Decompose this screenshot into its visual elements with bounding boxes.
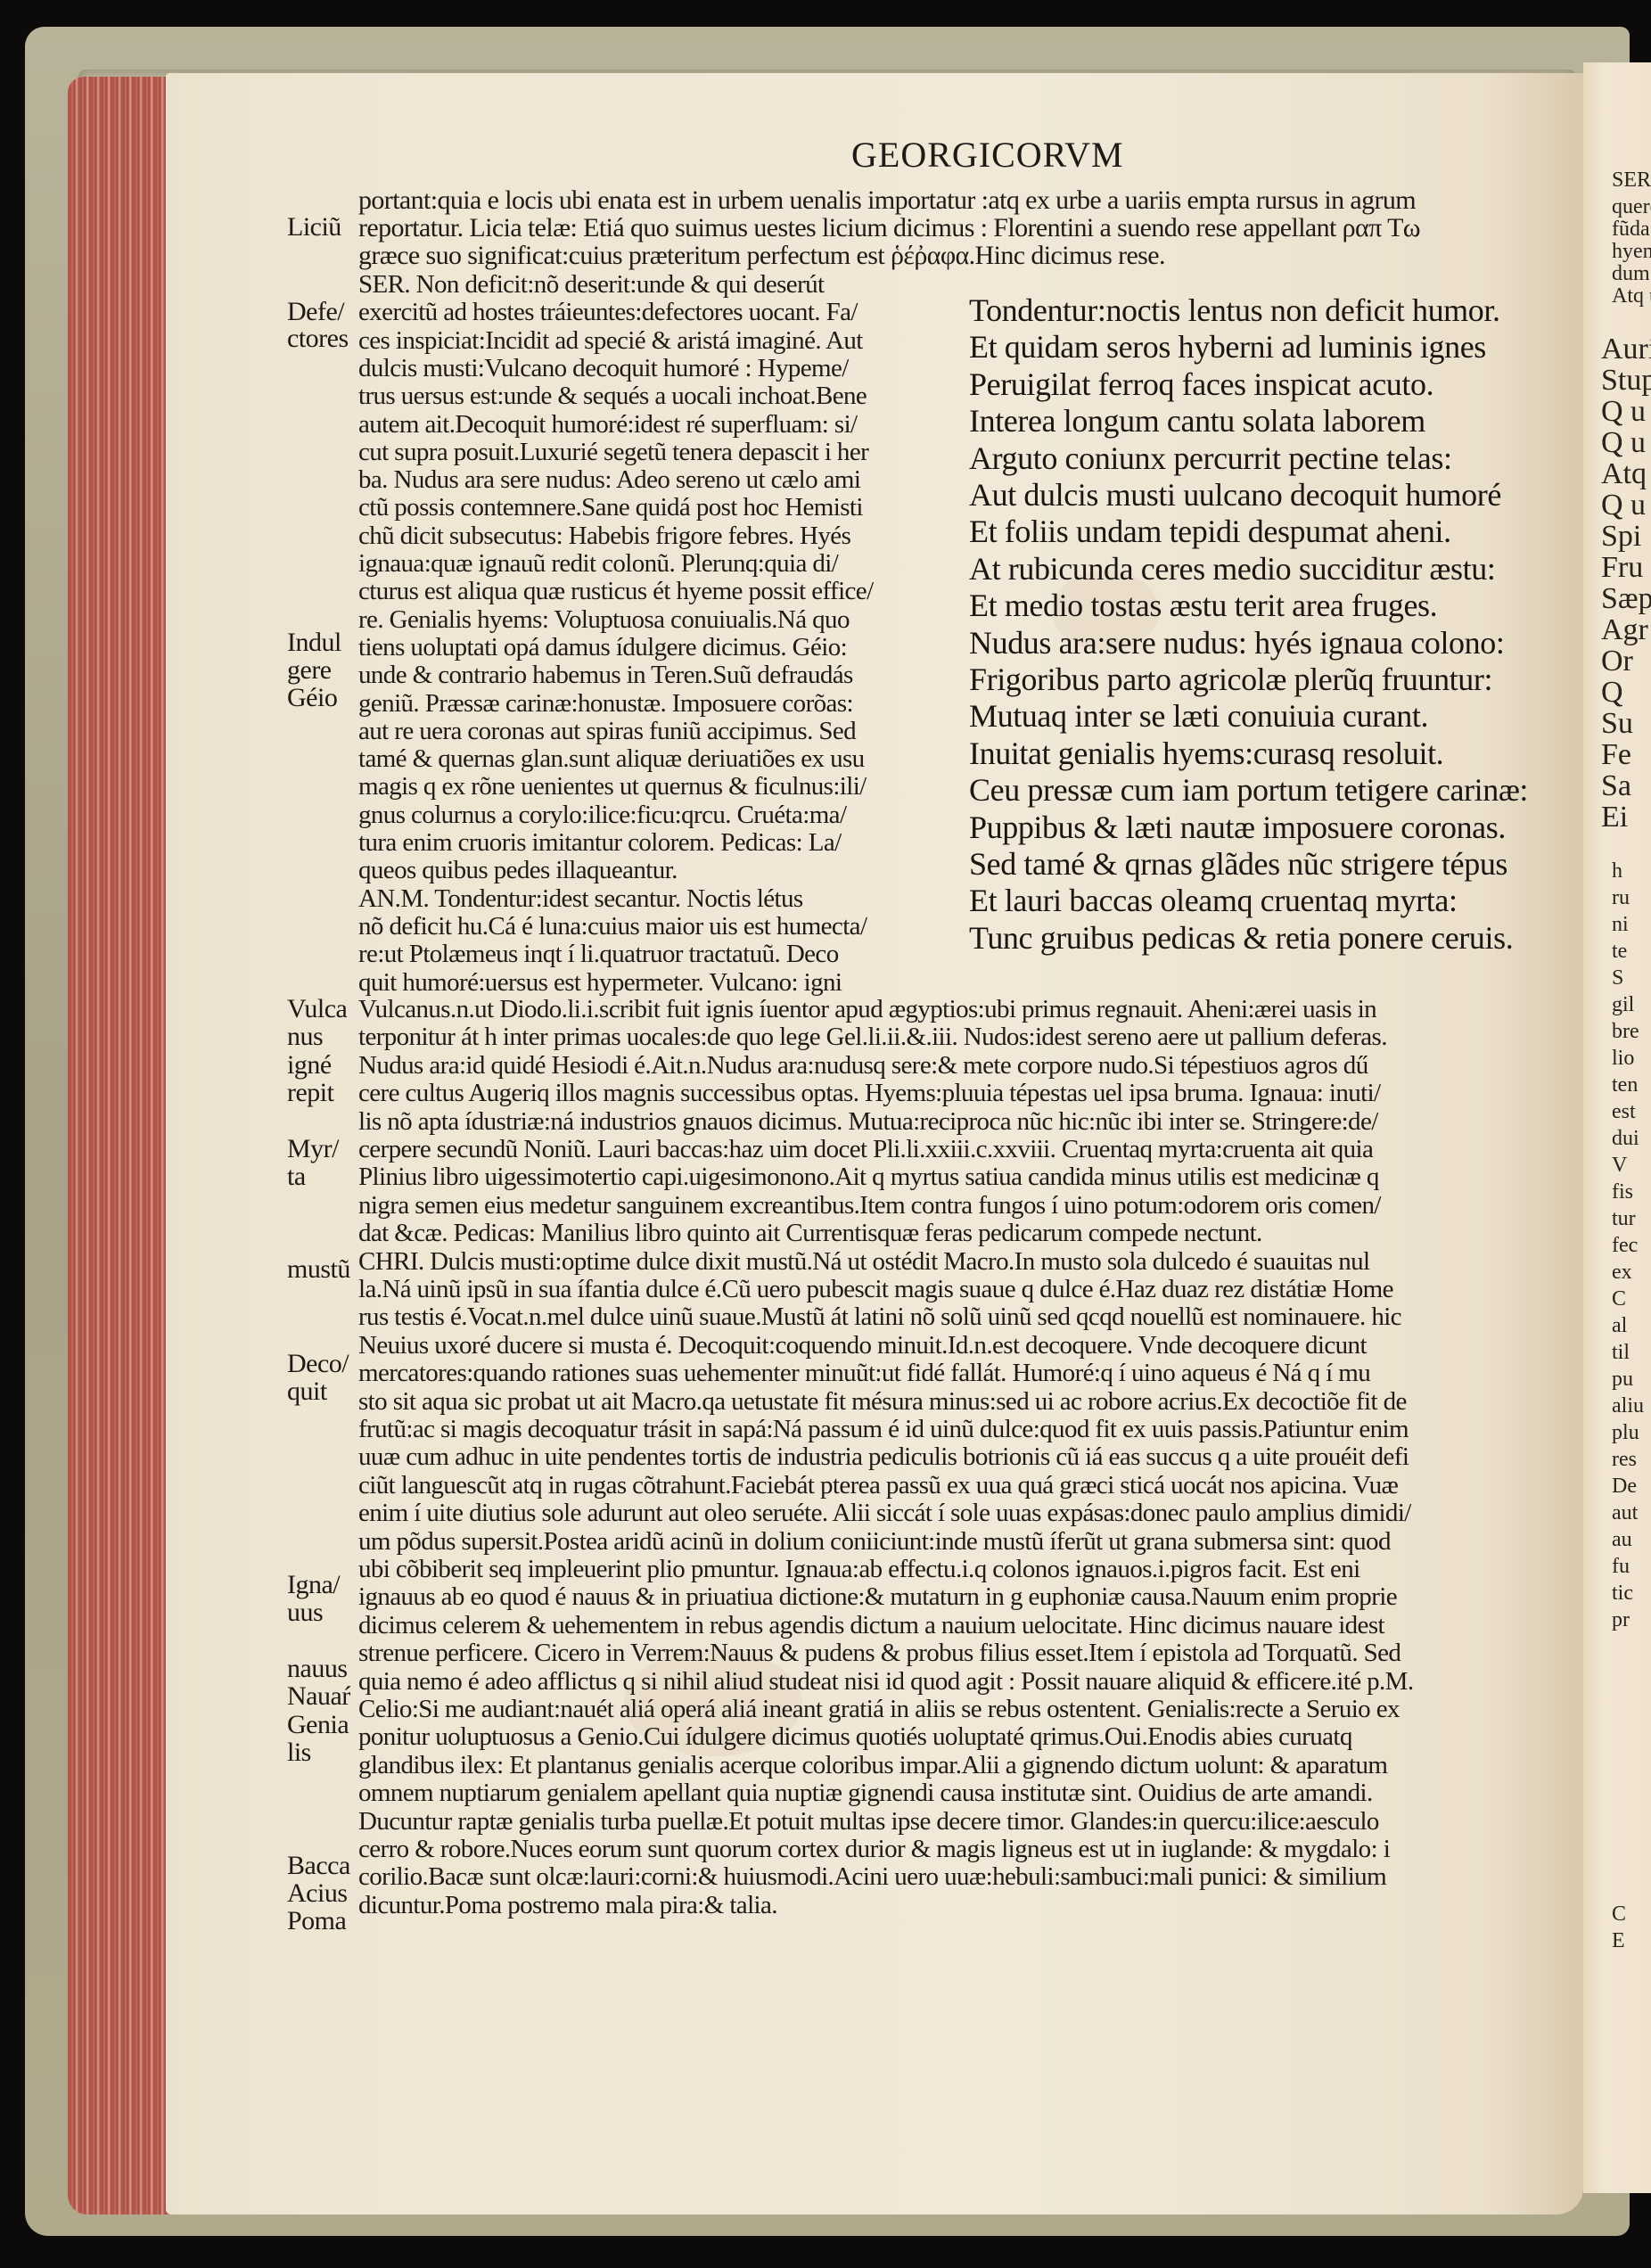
commentary-line: exercitũ ad hostes tráieuntes:defectores…: [358, 299, 858, 325]
commentary-line: dicimus celerem & uehementem in rebus ag…: [358, 1612, 1384, 1639]
facing-page-line: te: [1612, 936, 1627, 966]
facing-page-line: Su: [1601, 709, 1633, 739]
commentary-line: autem ait.Decoquit humoré:idest ré super…: [358, 411, 858, 438]
verse-line: Frigoribus parto agricolæ plerũq fruuntu…: [969, 663, 1492, 695]
facing-page-line: Q: [1601, 678, 1623, 708]
facing-page-line: lio: [1612, 1043, 1634, 1073]
facing-page-line: Atq: [1601, 459, 1647, 489]
commentary-line: Nudus ara:id quidé Hesiodi é.Ait.n.Nudus…: [358, 1052, 1368, 1079]
facing-page-line: ru: [1612, 883, 1630, 913]
facing-page-line: Sa: [1601, 771, 1631, 801]
facing-page-line: res: [1612, 1444, 1637, 1475]
commentary-line: lis nõ apta ídustriæ:ná industrios gnauo…: [358, 1108, 1378, 1135]
facing-page-line: pu: [1612, 1364, 1633, 1394]
facing-page-line: Fe: [1601, 740, 1631, 770]
margin-note: Acius: [287, 1880, 348, 1907]
verse-line: Tunc gruibus pedicas & retia ponere ceru…: [969, 922, 1513, 954]
facing-page-line: De: [1612, 1471, 1637, 1501]
commentary-line: SER. Non deficit:nõ deserit:unde & qui d…: [358, 271, 825, 298]
facing-page-line: C: [1612, 1284, 1626, 1314]
verse-line: At rubicunda ceres medio succiditur æstu…: [969, 553, 1495, 585]
commentary-line: reportatur. Licia telæ: Etiá quo suimus …: [358, 215, 1420, 242]
verse-line: Puppibus & læti nautæ imposuere coronas.: [969, 811, 1506, 843]
facing-page-line: Q u: [1601, 397, 1646, 427]
commentary-line: AN.M. Tondentur:idest secantur. Noctis l…: [358, 885, 803, 912]
commentary-line: ubi cõbiberit seq impleuerint plio pmunt…: [358, 1556, 1360, 1582]
margin-note: gere: [287, 657, 332, 684]
facing-page-line: Agr: [1601, 615, 1648, 645]
commentary-line: ces inspiciat:Incidit ad specié & aristá…: [358, 327, 863, 354]
margin-note: uus: [287, 1599, 323, 1626]
facing-page-line: bre: [1612, 1016, 1639, 1047]
facing-page-line: ni: [1612, 909, 1629, 940]
facing-page-line: aut: [1612, 1498, 1638, 1528]
facing-page-line: V: [1612, 1150, 1627, 1180]
commentary-line: terponitur át h inter primas uocales:de …: [358, 1023, 1387, 1050]
margin-note: Deco/: [287, 1351, 349, 1377]
facing-page-line: E: [1612, 1926, 1625, 1956]
facing-page-line: ten: [1612, 1070, 1638, 1100]
margin-note: quit: [287, 1378, 327, 1405]
verse-line: Inuitat genialis hyems:curasq resoluit.: [969, 737, 1443, 769]
facing-page-line: fec: [1612, 1230, 1638, 1261]
commentary-line: dulcis musti:Vulcano decoquit humoré : H…: [358, 355, 849, 382]
margin-note: igné: [287, 1052, 332, 1079]
facing-page-line: Ei: [1601, 802, 1628, 833]
verse-line: Aut dulcis musti uulcano decoquit humoré: [969, 479, 1501, 511]
commentary-line: ctũ possis contemnere.Sane quidá post ho…: [358, 494, 863, 521]
commentary-line: græce suo significat:cuius præteritum pe…: [358, 242, 1165, 269]
facing-page-line: Aurit: [1601, 334, 1651, 365]
commentary-line: omnem nuptiarum genialem apellant quia n…: [358, 1779, 1373, 1806]
facing-page-line: til: [1612, 1337, 1630, 1368]
commentary-line: ignauus ab eo quod é nauus & in priuatiu…: [358, 1583, 1397, 1610]
commentary-line: tiens uoluptati opá damus ídulgere dicim…: [358, 634, 847, 661]
commentary-line: ciũt languescũt atq in rugas cõtrahunt.F…: [358, 1472, 1398, 1499]
facing-page-line: gil: [1612, 990, 1634, 1020]
facing-page-line: dui: [1612, 1123, 1639, 1154]
margin-note: Vulca: [287, 996, 347, 1023]
commentary-line: tura enim cruoris imitantur colorem. Ped…: [358, 829, 842, 856]
margin-note: ctores: [287, 325, 349, 352]
verse-line: Arguto coniunx percurrit pectine telas:: [969, 442, 1452, 474]
margin-note: Myr/: [287, 1136, 339, 1163]
commentary-line: cere cultus Augeriq illos magnis success…: [358, 1080, 1381, 1106]
facing-page-line: aliu: [1612, 1391, 1644, 1421]
commentary-line: uuæ cum adhuc in uite pendentes tortis d…: [358, 1443, 1409, 1470]
commentary-line: cerpere secundũ Noniũ. Lauri baccas:haz …: [358, 1136, 1373, 1163]
facing-page-line: tur: [1612, 1204, 1636, 1234]
commentary-line: gnus colurnus a corylo:ilice:ficu:qrcu. …: [358, 801, 846, 828]
facing-page-line: plu: [1612, 1417, 1639, 1448]
commentary-line: quit humoré:uersus est hypermeter. Vulca…: [358, 969, 842, 996]
facing-page-line: SER: [1612, 165, 1651, 195]
margin-note: nus: [287, 1023, 323, 1050]
margin-note: Igna/: [287, 1572, 340, 1598]
margin-note: mustũ: [287, 1256, 350, 1283]
commentary-line: frutũ:ac si magis decoquatur trásit in s…: [358, 1416, 1409, 1442]
facing-page-line: Spi: [1601, 522, 1641, 552]
facing-page-line: C: [1612, 1899, 1626, 1929]
verse-line: Nudus ara:sere nudus: hyés ignaua colono…: [969, 627, 1504, 659]
commentary-line: cturus est aliqua quæ rusticus ét hyeme …: [358, 578, 874, 604]
facing-page-line: Q u: [1601, 490, 1646, 521]
margin-note: Géio: [287, 685, 337, 711]
facing-page-line: al: [1612, 1311, 1627, 1341]
facing-page-line: fis: [1612, 1177, 1633, 1207]
margin-note: ta: [287, 1163, 306, 1190]
commentary-line: nigra semen eius medetur sanguinem excre…: [358, 1192, 1381, 1219]
commentary-line: geniũ. Præssæ carinæ:honustæ. Imposuere …: [358, 690, 853, 717]
verse-line: Mutuaq inter se læti conuiuia curant.: [969, 700, 1428, 732]
facing-page-line: Q u: [1601, 428, 1646, 458]
margin-note: Poma: [287, 1908, 346, 1935]
verse-line: Tondentur:noctis lentus non deficit humo…: [969, 294, 1500, 326]
verse-line: Interea longum cantu solata laborem: [969, 405, 1425, 437]
commentary-line: um põdus supersit.Postea aridũ acinũ in …: [358, 1528, 1391, 1555]
margin-note: Genia: [287, 1712, 349, 1738]
facing-page-line: tic: [1612, 1578, 1633, 1608]
margin-note: Bacca: [287, 1853, 350, 1879]
facing-page-line: est: [1612, 1097, 1636, 1127]
commentary-line: nõ deficit hu.Cá é luna:cuius maior uis …: [358, 913, 867, 940]
facing-page-line: fu: [1612, 1551, 1630, 1582]
margin-note: Indul: [287, 629, 341, 656]
commentary-line: glandibus ilex: Et plantanus genialis ac…: [358, 1752, 1387, 1779]
commentary-line: ba. Nudus ara sere nudus: Adeo sereno ut…: [358, 466, 860, 493]
commentary-line: Vulcanus.n.ut Diodo.li.i.scribit fuit ig…: [358, 996, 1376, 1023]
commentary-line: Celio:Si me audiant:nauét aliá operá ali…: [358, 1696, 1400, 1722]
verse-line: Sed tamé & qrnas glãdes nũc strigere tép…: [969, 848, 1507, 880]
commentary-line: ignaua:quæ ignauũ redit colonũ. Plerunq:…: [358, 550, 838, 577]
facing-page-line: Stup: [1601, 366, 1651, 396]
facing-page-line: Sæp: [1601, 584, 1651, 614]
commentary-line: strenue perficere. Cicero in Verrem:Nauu…: [358, 1639, 1400, 1666]
running-head: GEORGICORVM: [851, 134, 1124, 176]
commentary-line: sto sit aqua sic probat ut ait Macro.qa …: [358, 1388, 1407, 1415]
verse-line: Et medio tostas æstu terit area fruges.: [969, 589, 1437, 621]
commentary-line: chũ dicit subsecutus: Habebis frigore fe…: [358, 522, 850, 549]
commentary-line: Ducuntur raptæ genialis turba puellæ.Et …: [358, 1808, 1379, 1835]
commentary-line: mercatores:quando rationes suas uehement…: [358, 1360, 1370, 1386]
commentary-line: re:ut Ptolæmeus inqt í li.quatruor tract…: [358, 941, 839, 967]
facing-page-line: Fru: [1601, 553, 1643, 583]
commentary-line: trus uersus est:unde & sequés a uocali i…: [358, 382, 867, 409]
facing-page-line: h: [1612, 856, 1622, 886]
facing-page-line: S: [1612, 963, 1623, 993]
facing-page: SERquercufũda.hyemsdum ulAtq ulAuritStup…: [1583, 62, 1651, 2193]
commentary-line: cut supra posuit.Luxurié segetũ tenera d…: [358, 439, 868, 465]
commentary-line: dicuntur.Poma postremo mala pira:& talia…: [358, 1892, 777, 1919]
commentary-line: dat &cæ. Pedicas: Manilius libro quinto …: [358, 1220, 1262, 1246]
commentary-line: ponitur uoluptuosus a Genio.Cui ídulgere…: [358, 1723, 1352, 1750]
commentary-line: portant:quia e locis ubi enata est in ur…: [358, 187, 1416, 214]
verse-line: Et quidam seros hyberni ad luminis ignes: [969, 331, 1486, 363]
facing-page-line: ex: [1612, 1257, 1632, 1287]
facing-page-line: Atq ul: [1612, 281, 1651, 311]
commentary-line: la.Ná uinũ ipsũ in sua ífantia dulce é.C…: [358, 1276, 1393, 1302]
margin-note: Liciũ: [287, 214, 341, 241]
margin-note: Nauaŕ: [287, 1683, 350, 1710]
verse-line: Ceu pressæ cum iam portum tetigere carin…: [969, 774, 1528, 806]
margin-note: nauus: [287, 1656, 348, 1682]
verse-line: Et lauri baccas oleamq cruentaq myrta:: [969, 884, 1458, 916]
facing-page-line: Or: [1601, 646, 1633, 677]
commentary-line: unde & contrario habemus in Teren.Suũ de…: [358, 661, 853, 688]
commentary-line: CHRI. Dulcis musti:optime dulce dixit mu…: [358, 1248, 1370, 1275]
facing-page-line: au: [1612, 1524, 1632, 1555]
commentary-line: rus testis é.Vocat.n.mel dulce uinũ suau…: [358, 1303, 1401, 1330]
margin-note: lis: [287, 1739, 311, 1766]
verse-line: Et foliis undam tepidi despumat aheni.: [969, 515, 1451, 547]
facing-page-line: pr: [1612, 1605, 1630, 1635]
commentary-line: cerro & robore.Nuces eorum sunt quorum c…: [358, 1836, 1390, 1862]
verse-line: Peruigilat ferroq faces inspicat acuto.: [969, 368, 1433, 400]
commentary-line: queos quibus pedes illaqueantur.: [358, 857, 678, 883]
margin-note: repit: [287, 1080, 333, 1106]
commentary-line: re. Genialis hyems: Voluptuosa conuiuali…: [358, 606, 850, 633]
commentary-line: Plinius libro uigessimotertio capi.uiges…: [358, 1163, 1379, 1190]
red-page-edges: [68, 77, 170, 2215]
commentary-line: aut re uera coronas aut spiras funiũ acc…: [358, 718, 856, 744]
commentary-line: quia nemo é adeo afflictus q si nihil al…: [358, 1668, 1414, 1695]
commentary-line: enim í uite diutius sole adurunt aut ole…: [358, 1500, 1411, 1526]
commentary-line: corilio.Bacæ sunt olcæ:lauri:corni:& hui…: [358, 1863, 1386, 1890]
commentary-line: magis q ex rõne uenientes ut quernus & f…: [358, 773, 867, 800]
margin-note: Defe/: [287, 299, 344, 325]
commentary-line: tamé & quernas glan.sunt aliquæ deriuati…: [358, 745, 865, 772]
commentary-line: Neuius uxoré ducere si musta é. Decoquit…: [358, 1332, 1367, 1359]
